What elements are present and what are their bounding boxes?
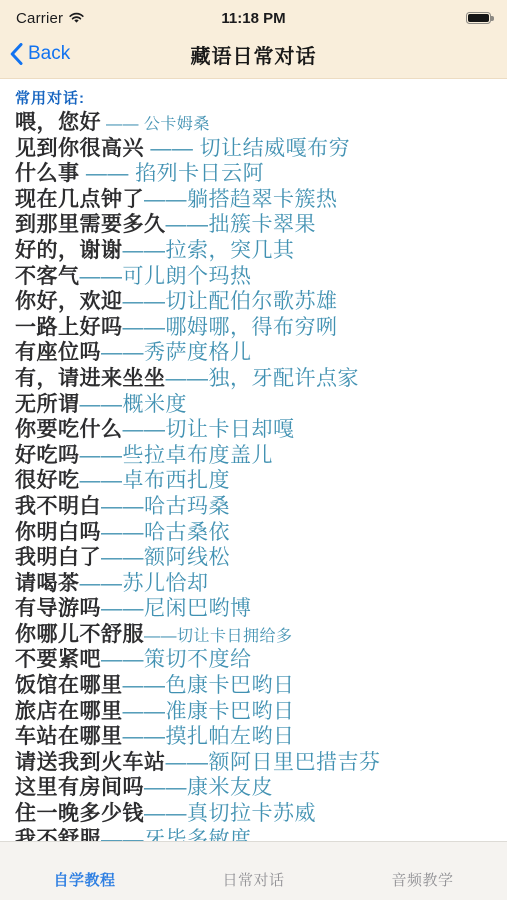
phrase-translation: ——拙簇卡翠果 [166, 213, 317, 236]
phrase-translation: ——色康卡巴哟日 [123, 674, 295, 697]
phrase-translation: ——切让卡日拥给多 [144, 628, 293, 645]
phrase-row: 饭馆在哪里——色康卡巴哟日 [15, 673, 501, 699]
phrase-translation: ——拉索，突几其 [123, 239, 295, 262]
phrase-chinese: 住一晚多少钱 [15, 802, 144, 825]
phrase-chinese: 你要吃什么 [15, 418, 123, 441]
phrase-translation: ——概米度 [80, 393, 188, 416]
phrase-translation: ——苏儿恰却 [80, 572, 209, 595]
phrase-row: 无所谓——概米度 [15, 392, 501, 418]
phrase-translation: ——可儿朗个玛热 [80, 265, 252, 288]
phrase-translation: —— 掐列卡日云阿 [80, 162, 265, 185]
phrase-chinese: 你明白吗 [15, 521, 101, 544]
status-right [466, 12, 491, 24]
back-button[interactable]: Back [10, 43, 70, 65]
phrase-row: 喂，您好 —— 公卡姆桑 [15, 110, 501, 136]
phrase-chinese: 一路上好吗 [15, 316, 123, 339]
phrase-translation: ——独，牙配许点家 [166, 367, 360, 390]
phrase-row: 请喝茶——苏儿恰却 [15, 571, 501, 597]
phrase-chinese: 我明白了 [15, 546, 101, 569]
battery-fill [468, 14, 489, 22]
phrase-chinese: 什么事 [15, 162, 80, 185]
phrase-row: 不要紧吧——策切不度给 [15, 647, 501, 673]
phrase-chinese: 现在几点钟了 [15, 188, 144, 211]
phrase-row: 有，请进来坐坐——独，牙配许点家 [15, 366, 501, 392]
phrase-row: 旅店在哪里——准康卡巴哟日 [15, 699, 501, 725]
phrase-chinese: 有座位吗 [15, 341, 101, 364]
phrase-chinese: 不客气 [15, 265, 80, 288]
phrase-row: 见到你很高兴 —— 切让结威嘎布穷 [15, 136, 501, 162]
nav-bar: Back 藏语日常对话 [0, 30, 507, 78]
phrase-row: 住一晚多少钱——真切拉卡苏威 [15, 801, 501, 827]
phrase-chinese: 车站在哪里 [15, 725, 123, 748]
status-time: 11:18 PM [0, 10, 507, 27]
phrase-translation: ——尼闲巴哟博 [101, 597, 252, 620]
phrase-translation: ——哈古玛桑 [101, 495, 230, 518]
phrase-row: 请送我到火车站——额阿日里巴措吉芬 [15, 750, 501, 776]
phrase-translation: ——切让卡日却嘎 [123, 418, 295, 441]
tab-bar: 自学教程日常对话音频教学 [0, 841, 507, 900]
phrase-row: 很好吃——卓布西扎度 [15, 468, 501, 494]
phrase-chinese: 饭馆在哪里 [15, 674, 123, 697]
phrase-row: 车站在哪里——摸扎帕左哟日 [15, 724, 501, 750]
status-bar: Carrier 11:18 PM [0, 0, 507, 30]
phrase-chinese: 你好，欢迎 [15, 290, 123, 313]
phrase-translation: ——哈古桑依 [101, 521, 230, 544]
tab-音频教学[interactable]: 音频教学 [338, 842, 507, 900]
phrase-translation: ——秀萨度格儿 [101, 341, 252, 364]
phrase-row: 好吃吗——些拉卓布度盖儿 [15, 443, 501, 469]
phrase-chinese: 旅店在哪里 [15, 700, 123, 723]
phrase-translation: ——准康卡巴哟日 [123, 700, 295, 723]
phrase-row: 你好，欢迎——切让配伯尔歌苏雄 [15, 289, 501, 315]
phrase-chinese: 无所谓 [15, 393, 80, 416]
phrase-chinese: 到那里需要多久 [15, 213, 166, 236]
phrase-translation: ——额阿线松 [101, 546, 230, 569]
phrase-chinese: 这里有房间吗 [15, 776, 144, 799]
section-label: 常用对话: [15, 89, 501, 109]
phrase-row: 你哪儿不舒服——切让卡日拥给多 [15, 622, 501, 648]
phrase-chinese: 你哪儿不舒服 [15, 623, 144, 646]
phrase-translation: ——摸扎帕左哟日 [123, 725, 295, 748]
phrase-row: 一路上好吗——哪姆哪，得布穷咧 [15, 315, 501, 341]
phrase-chinese: 请送我到火车站 [15, 751, 166, 774]
phrase-row: 你要吃什么——切让卡日却嘎 [15, 417, 501, 443]
phrase-row: 有座位吗——秀萨度格儿 [15, 340, 501, 366]
phrase-row: 你明白吗——哈古桑依 [15, 520, 501, 546]
phrase-row: 什么事 —— 掐列卡日云阿 [15, 161, 501, 187]
phrase-row: 现在几点钟了——躺搭趋翠卡簇热 [15, 187, 501, 213]
phrase-chinese: 好的，谢谢 [15, 239, 123, 262]
battery-icon [466, 12, 491, 24]
phrase-translation: ——策切不度给 [101, 648, 252, 671]
phrase-translation: ——躺搭趋翠卡簇热 [144, 188, 338, 211]
phrase-chinese: 有，请进来坐坐 [15, 367, 166, 390]
tab-自学教程[interactable]: 自学教程 [0, 842, 169, 900]
phrase-translation: ——哪姆哪，得布穷咧 [123, 316, 338, 339]
phrase-row: 不客气——可儿朗个玛热 [15, 264, 501, 290]
phrase-row: 这里有房间吗——康米友皮 [15, 775, 501, 801]
phrase-row: 我不明白——哈古玛桑 [15, 494, 501, 520]
phrase-chinese: 我不明白 [15, 495, 101, 518]
phrase-chinese: 请喝茶 [15, 572, 80, 595]
phrase-chinese: 喂，您好 [15, 111, 101, 134]
phrase-rows: 喂，您好 —— 公卡姆桑见到你很高兴 —— 切让结威嘎布穷什么事 —— 掐列卡日… [15, 110, 501, 852]
back-label: Back [28, 43, 70, 65]
phrase-translation: —— 切让结威嘎布穷 [144, 137, 350, 160]
phrase-translation: ——切让配伯尔歌苏雄 [123, 290, 338, 313]
phrase-translation: ——些拉卓布度盖儿 [80, 444, 274, 467]
phrase-chinese: 见到你很高兴 [15, 137, 144, 160]
conversation-list[interactable]: 常用对话: 喂，您好 —— 公卡姆桑见到你很高兴 —— 切让结威嘎布穷什么事 —… [0, 79, 507, 900]
phrase-chinese: 好吃吗 [15, 444, 80, 467]
phrase-chinese: 很好吃 [15, 469, 80, 492]
phrase-row: 到那里需要多久——拙簇卡翠果 [15, 212, 501, 238]
phrase-translation: ——真切拉卡苏威 [144, 802, 316, 825]
battery-nub [491, 16, 494, 21]
phrase-chinese: 不要紧吧 [15, 648, 101, 671]
page-title: 藏语日常对话 [0, 40, 507, 69]
phrase-row: 好的，谢谢——拉索，突几其 [15, 238, 501, 264]
phrase-translation: ——康米友皮 [144, 776, 273, 799]
phrase-translation: —— 公卡姆桑 [101, 116, 210, 133]
back-chevron-icon [10, 43, 23, 65]
phrase-row: 有导游吗——尼闲巴哟博 [15, 596, 501, 622]
phrase-translation: ——卓布西扎度 [80, 469, 231, 492]
tab-日常对话[interactable]: 日常对话 [169, 842, 338, 900]
phrase-row: 我明白了——额阿线松 [15, 545, 501, 571]
phrase-chinese: 有导游吗 [15, 597, 101, 620]
header: Carrier 11:18 PM [0, 0, 507, 79]
phrase-translation: ——额阿日里巴措吉芬 [166, 751, 381, 774]
app-screen: Carrier 11:18 PM [0, 0, 507, 900]
